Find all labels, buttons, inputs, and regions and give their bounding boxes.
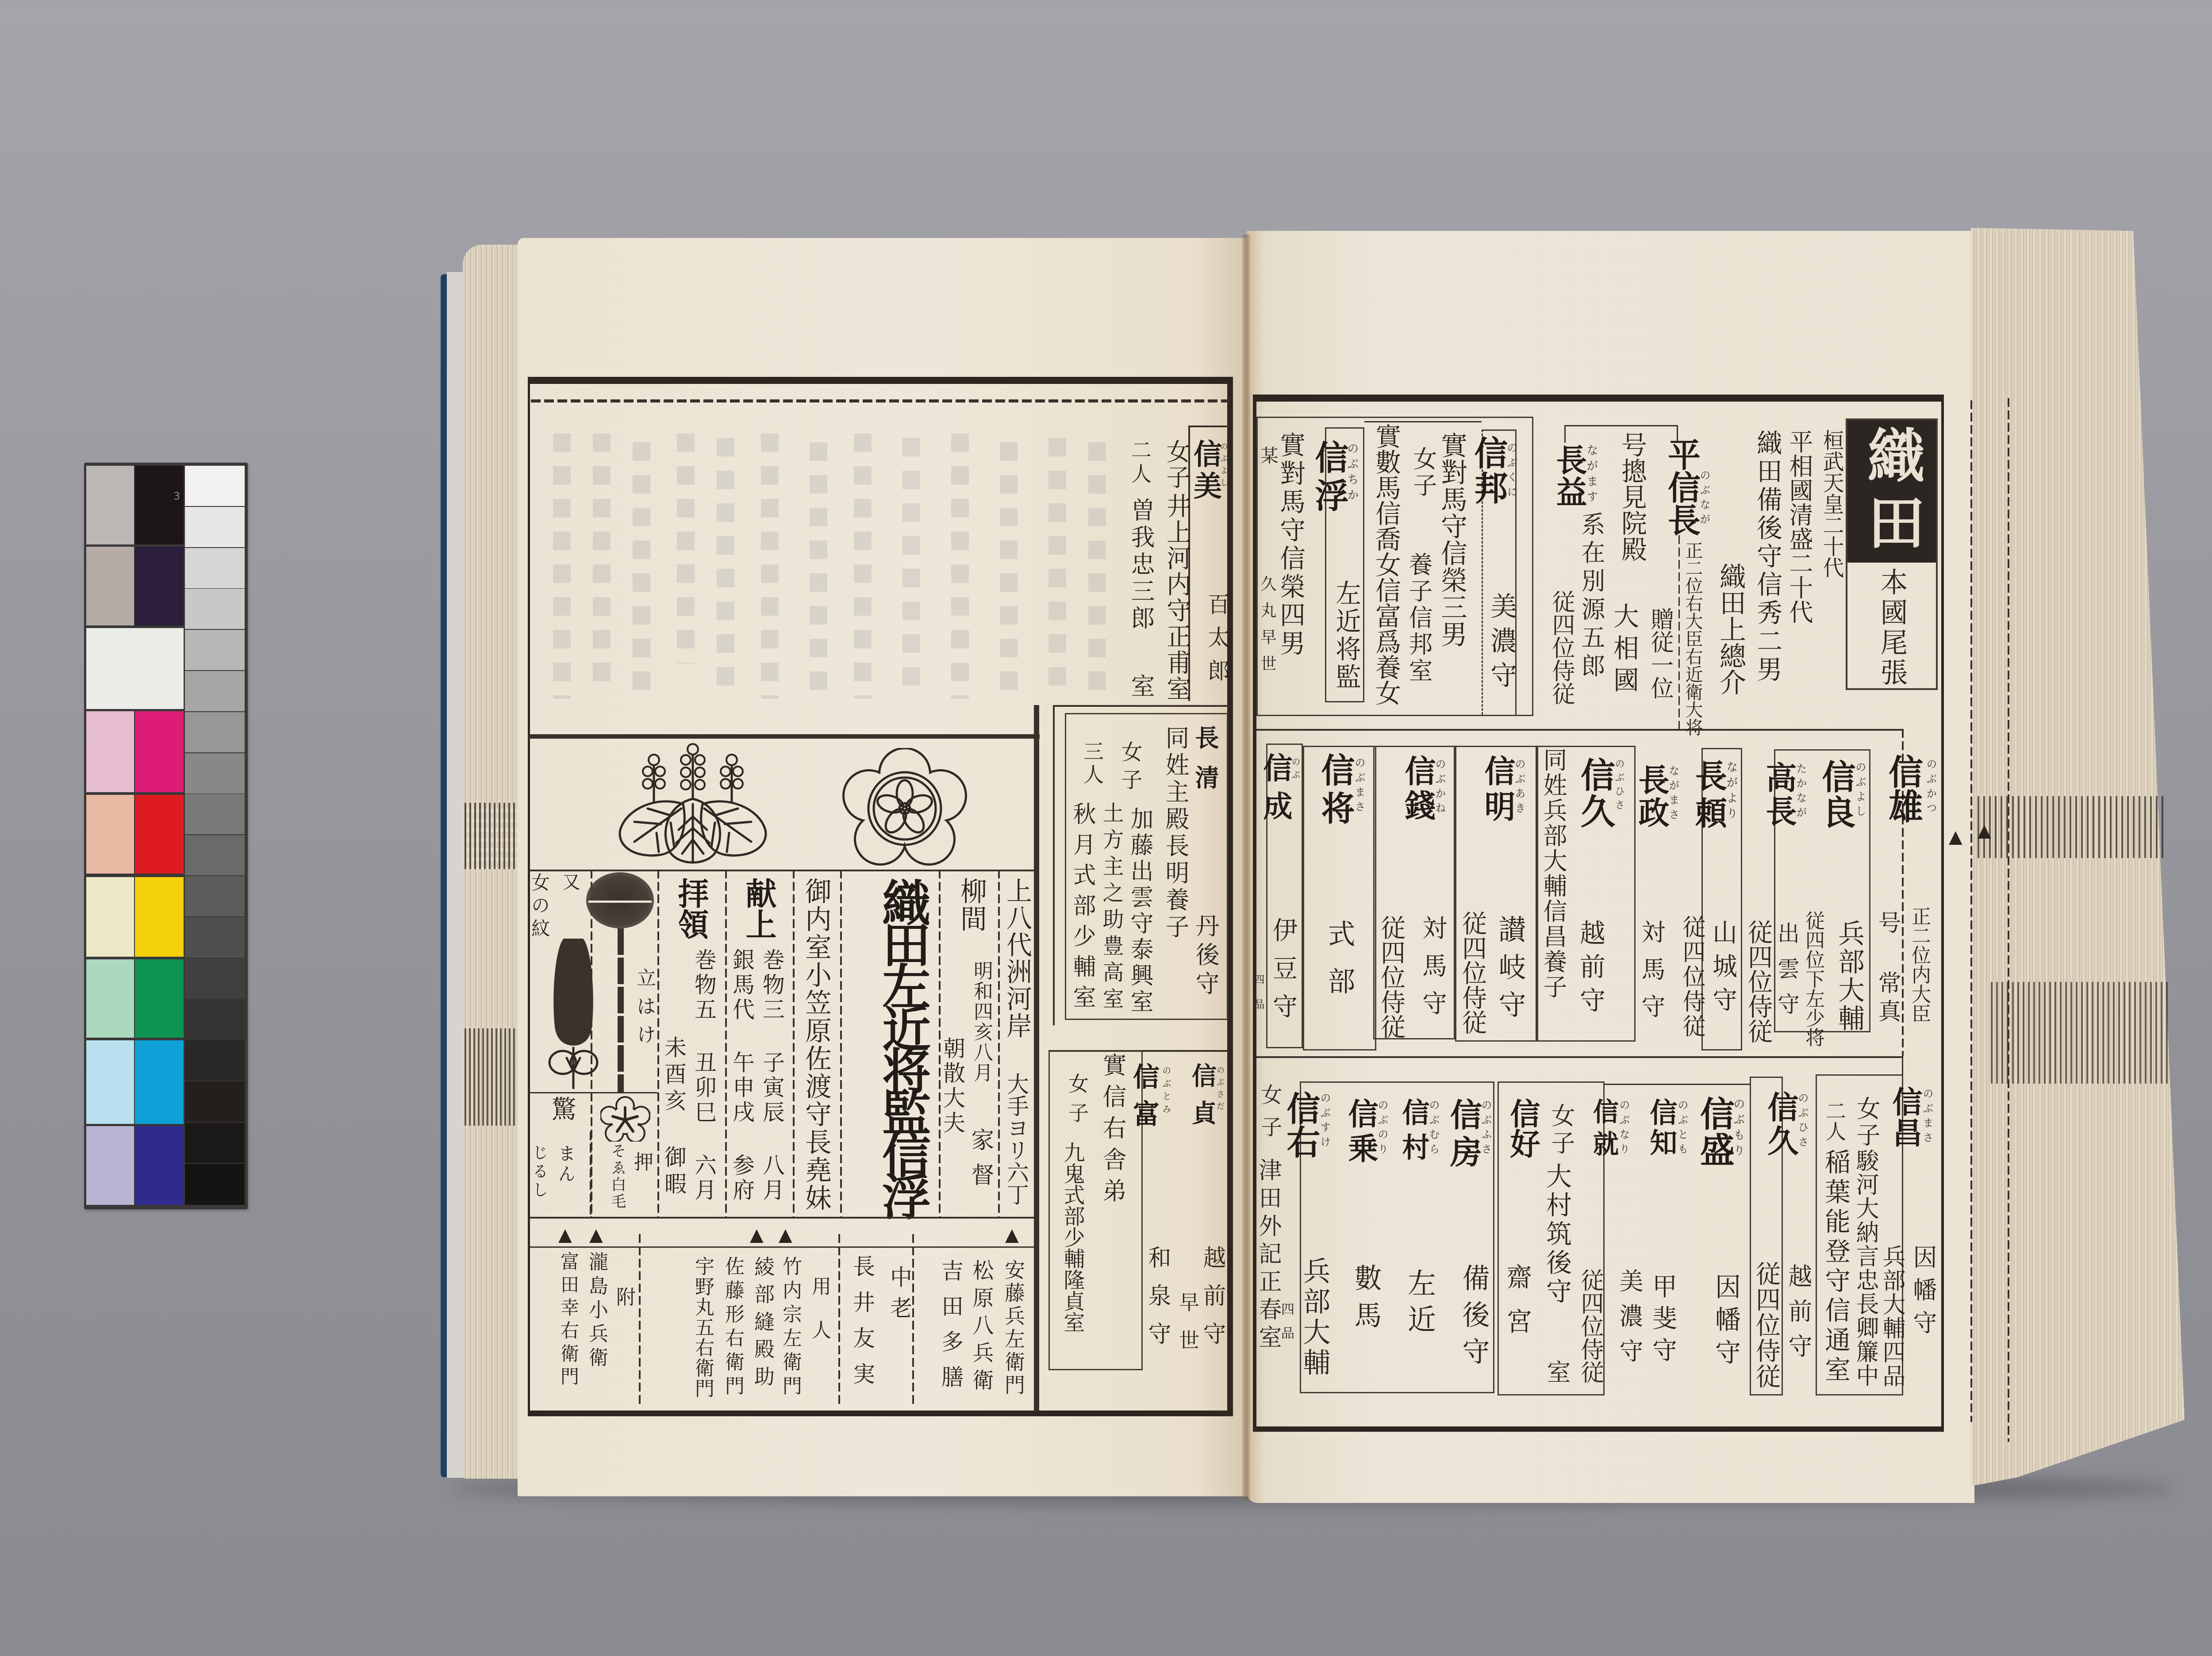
person-name: 信富 (1131, 1063, 1157, 1137)
alt-crest-label: 又 (561, 873, 579, 890)
daughters-label: 女子 (1855, 1096, 1878, 1149)
person-name: 信貞 (1190, 1063, 1215, 1137)
court-rank: 従四位侍従 (1460, 911, 1485, 1035)
name-reading: ながまさ (1668, 765, 1678, 824)
name-reading: ながます (1586, 444, 1597, 506)
endpaper-edge (447, 272, 464, 1478)
name-reading: のぶくに (1506, 442, 1517, 501)
show-through-ink (1048, 438, 1066, 694)
retainer-name: 富田幸右衛門 (559, 1252, 578, 1390)
show-through-ink (677, 433, 695, 663)
person-name: 信久 (1765, 1091, 1796, 1158)
crest-section-right-rule (1034, 705, 1039, 1411)
retainer-marker-icon: ▲ (779, 1226, 792, 1244)
office-title: 式部 (1325, 920, 1353, 1014)
checker-patch (86, 466, 134, 544)
checker-patch (135, 877, 184, 957)
name-reading: のぶよし (1219, 442, 1227, 490)
checker-patch (86, 877, 134, 957)
daimyo-name: 織田左近将監信浮 (878, 878, 927, 1214)
box-line (1188, 425, 1229, 427)
name-reading: たかなが (1795, 763, 1806, 821)
column-rule (590, 1131, 591, 1215)
person-name: 信錢 (1402, 755, 1433, 824)
column-rule (912, 1234, 914, 1404)
checker-patch (135, 466, 184, 544)
name-reading: のぶひさ (1797, 1092, 1808, 1151)
retainer-top-rule (529, 1217, 1037, 1219)
checker-patch (135, 959, 184, 1038)
retainer-marker-icon: ▲ (558, 1226, 572, 1244)
show-through-ink (902, 438, 920, 694)
gray-ramp-step (185, 507, 245, 547)
name-reading: のぶまさ (1922, 1088, 1932, 1146)
gray-ramp-step (185, 466, 245, 506)
marriage-note: 秋月式部少輔室 (1071, 802, 1094, 1016)
show-through-ink (810, 442, 827, 690)
granted-item: 巻物五 丑卯巳 六月 (693, 948, 715, 1203)
daughter-label: 女子 (1549, 1103, 1573, 1158)
alt-crest-caption: 女の紋 (530, 873, 549, 942)
person-name: 信久 (1578, 757, 1612, 830)
person-name: 信就 (1591, 1098, 1617, 1163)
checker-handwritten-mark: 3 (173, 490, 180, 502)
column-rule (657, 870, 659, 1217)
person-name: 信美 (1191, 439, 1219, 503)
office-title: 美濃守 (1488, 592, 1515, 696)
person-name: 高長 (1763, 762, 1794, 829)
checker-patch-white (86, 628, 184, 709)
granted-label: 拝領 (676, 878, 707, 939)
retainer-name: 竹内宗左衛門 (780, 1256, 800, 1399)
show-through-ink (761, 433, 779, 699)
wife-note: 御内室小笠原佐渡守長堯妹 (803, 878, 829, 1212)
checker-patch (86, 547, 134, 625)
death-note: 久丸早世 (1259, 575, 1275, 682)
name-reading: ながより (1725, 761, 1737, 823)
gray-ramp-step (185, 917, 245, 958)
checker-patch (135, 1126, 184, 1205)
office-title: 対馬守 (1640, 920, 1663, 1031)
next-leaf-marker-icon: ▲ (1978, 822, 1991, 839)
death-note: 早世 (1178, 1292, 1198, 1368)
office-title: 備後守 (1460, 1264, 1487, 1374)
regalia-rule (529, 1092, 657, 1093)
office-title: 左近将監 (1333, 580, 1359, 691)
daughters-count: 二人 (1130, 439, 1150, 487)
bottom-row-rule (1256, 1056, 1902, 1058)
lineage-note: 系在別源五郎 (1579, 512, 1603, 682)
retainer-name: 瀧島小兵衛 (587, 1252, 606, 1371)
bracket-line (1564, 425, 1678, 426)
gray-ramp-step (185, 1081, 245, 1122)
office-title: 山城守 (1710, 920, 1735, 1020)
court-rank: 従四位侍従 (1550, 590, 1573, 705)
gray-ramp-step (185, 1123, 245, 1163)
name-reading: のぶなり (1618, 1100, 1629, 1158)
retainer-marker-icon: ▲ (1005, 1226, 1019, 1244)
retainer-name: 佐藤形右衛門 (723, 1256, 742, 1399)
daughters-count: 三人 (1082, 741, 1102, 787)
court-rank: 従四位侍従 (1379, 915, 1403, 1039)
succession-date: 明和四亥八月 (972, 961, 991, 1083)
marriage-note: 加藤出雲守泰興室 (1128, 807, 1151, 1016)
daughters-label: 女子 (1119, 741, 1141, 797)
tribute-label: 献上 (743, 878, 774, 939)
name-reading: のぶ (1291, 757, 1300, 783)
person-name: 平信長 (1665, 438, 1698, 536)
marriage-note: 大村筑後守 (1544, 1163, 1570, 1307)
retainer-marker-icon: ▲ (750, 1226, 764, 1244)
left-fore-edge-print-marks (465, 1028, 520, 1126)
daughter-label: 女子 (1411, 446, 1435, 499)
person-name: 長益 (1554, 444, 1585, 508)
office-title: 対馬守 (1420, 915, 1445, 1028)
office-title: 齋宮 (1504, 1264, 1530, 1352)
office-title: 因幡守 (1911, 1245, 1935, 1343)
posthumous-rank: 贈従一位 (1648, 607, 1671, 699)
common-name: 百太郎 (1206, 593, 1228, 692)
daughters-label: 女子 (1067, 1073, 1087, 1131)
court-rank: 従四位侍従 (1746, 920, 1770, 1043)
castle-room: 柳間 (958, 878, 985, 932)
marriage-note: 駿河大納言忠長卿簾中 (1854, 1149, 1877, 1388)
gray-ramp-step (185, 712, 245, 752)
gray-ramp-step (185, 999, 245, 1039)
person-name: 長清 (1194, 725, 1217, 805)
descent-line (1678, 535, 1680, 729)
buddhist-name: 号 常真 (1876, 911, 1899, 1027)
left-frame-inner-rule (531, 399, 1230, 402)
office-title: 美濃守 (1617, 1269, 1641, 1373)
marriage-note: 土方主之助豊高室 (1101, 802, 1122, 1014)
office-title: 甲斐守 (1650, 1273, 1675, 1369)
person-name: 信乗 (1346, 1098, 1376, 1167)
court-rank: 兵部大輔四品 (1880, 1245, 1903, 1388)
crest-row-rule (529, 870, 1037, 871)
checker-patch (86, 795, 134, 874)
show-through-ink (553, 433, 571, 699)
adoption-note: 實數馬信喬女信富爲養女 (1373, 423, 1399, 705)
retainer-name: 綾部縫殿助 (753, 1256, 773, 1393)
retainer-name: 吉田多膳 (940, 1259, 962, 1401)
column-rule (725, 870, 727, 1217)
daughter-label: 女子 (1259, 1084, 1280, 1148)
office-title: 兵部大輔 (1301, 1257, 1328, 1379)
person-name: 信盛 (1697, 1096, 1732, 1168)
distance-from-gate: 大手ヨリ六丁 (1005, 1073, 1027, 1205)
spear-head-band (588, 901, 652, 903)
show-through-ink (951, 433, 969, 699)
succession-label: 家督 (969, 1128, 992, 1198)
person-name: 信知 (1647, 1098, 1675, 1158)
box-line (1364, 421, 1482, 422)
name-reading: のぶかつ (1925, 759, 1936, 817)
seal-label: 押 (632, 1152, 651, 1171)
office-title: 正二位内大臣 (1909, 906, 1929, 1023)
gray-ramp-step (185, 835, 245, 875)
checker-patch (135, 1040, 184, 1124)
name-reading: のぶとも (1677, 1100, 1687, 1158)
temple-name: 号摠見院殿 (1619, 432, 1645, 562)
box-line (1053, 705, 1055, 1025)
checker-patch (86, 1126, 134, 1205)
court-rank: 正二位右大臣右近衛大将 (1684, 541, 1701, 736)
granted-item: 未酉亥 御暇 (663, 1036, 685, 1199)
origin-note: 實信右舎弟 (1101, 1053, 1125, 1210)
court-rank: 四品 (1279, 1302, 1293, 1350)
show-through-ink (1088, 442, 1106, 690)
gray-ramp-step (185, 1040, 245, 1081)
person-name: 信昌 (1890, 1086, 1920, 1148)
spear-shaft-icon (618, 928, 624, 1092)
court-rank: 朝散大夫 (941, 1037, 964, 1136)
person-name: 信良 (1819, 759, 1853, 830)
lineage-line: 織田備後守信秀二男 (1755, 429, 1780, 684)
left-fore-edge-print-marks (465, 803, 520, 869)
checker-patch (86, 1040, 134, 1124)
next-leaf-frame-line (2008, 398, 2009, 1442)
office-title: 丹後守 (1194, 913, 1217, 1000)
gray-ramp-step (185, 1164, 245, 1205)
marriage-note: 稲葉能登守信通室 (1823, 1149, 1848, 1386)
gray-ramp-step (185, 630, 245, 670)
spear-caption: 立はけ (634, 968, 654, 1053)
person-name: 信右 (1284, 1091, 1317, 1158)
checker-patch (135, 711, 184, 792)
checker-patch (86, 959, 134, 1038)
person-name: 信好 (1508, 1098, 1538, 1158)
marriage-note: 九鬼式部少輔隆貞室 (1062, 1142, 1083, 1333)
gray-ramp-step (185, 753, 245, 793)
retainer-group-title: 附 (614, 1287, 634, 1306)
retainer-name: 宇野丸五右衛門 (693, 1256, 712, 1399)
marriage-suffix: 室 (1545, 1360, 1569, 1384)
name-reading: のぶかね (1434, 759, 1445, 817)
lineage-line: 平相國清盛二十代 (1787, 429, 1811, 624)
person-name: 信村 (1400, 1098, 1427, 1167)
name-reading: のぶまさ (1354, 757, 1364, 816)
origin-note: 實對馬守信榮三男 (1439, 432, 1465, 648)
checker-patch (135, 795, 184, 874)
gray-ramp-step (185, 589, 245, 629)
show-through-ink (633, 442, 650, 699)
flower-crest-icon (600, 1096, 650, 1142)
name-reading: のぶちか (1346, 442, 1358, 504)
retainer-group-title: 用人 (810, 1276, 829, 1364)
right-fore-edge-print-marks (1978, 796, 2163, 858)
person-name: 信邦 (1471, 436, 1505, 506)
home-province: 本國尾張 (1878, 568, 1905, 688)
gutter-fold (1242, 234, 1250, 1499)
middle-row-rule (1256, 729, 1902, 731)
banner-caption: まん (557, 1144, 574, 1185)
daughters-count: 二人 (1824, 1100, 1845, 1141)
marriage-note: 井上河内守正甫室 (1164, 493, 1189, 702)
person-name: 信明 (1482, 755, 1513, 826)
name-reading: のぶひさ (1614, 759, 1624, 813)
column-rule (998, 870, 1000, 1217)
checker-patch (86, 711, 134, 792)
office-title: 左近 (1405, 1269, 1433, 1340)
name-reading: のぶよし (1855, 762, 1865, 820)
column-rule (793, 870, 795, 1217)
show-through-ink (854, 433, 872, 699)
retainer-marker-icon: ▲ (589, 1226, 603, 1244)
daughters-label: 女子 (1164, 439, 1188, 491)
marriage-note: 津田外記正春室 (1256, 1158, 1279, 1353)
oda-mokko-crest-icon (837, 748, 972, 869)
bracket-line (1564, 425, 1566, 443)
show-through-ink (717, 438, 734, 699)
name-reading: のぶふさ (1480, 1100, 1491, 1158)
box-line (1605, 1084, 1681, 1085)
retainer-group-title: 中老 (888, 1265, 910, 1327)
office-title: 伊豆守 (1271, 917, 1295, 1031)
office-title: 讃岐守 (1496, 915, 1524, 1028)
retainer-name-rule (529, 1246, 1037, 1248)
retainer-name: 安藤兵左衛門 (1003, 1259, 1024, 1397)
crest-section-top-rule (529, 734, 1040, 739)
office-title: 數馬 (1352, 1264, 1379, 1338)
court-rank: 従四位下左少将 (1803, 911, 1823, 1047)
adoption-note: 同姓兵部大輔信昌養子 (1541, 747, 1565, 1000)
person-name: 信雄 (1886, 754, 1920, 823)
gray-ramp-step (185, 671, 245, 711)
marriage-note: 曽我忠三郎 (1129, 498, 1153, 632)
adoption-note: 同姓主殿長明養子 (1164, 725, 1187, 941)
residence: 上八代洲河岸 (1004, 878, 1030, 1039)
name-reading: のぶもり (1732, 1098, 1744, 1160)
lineage-line: 桓武天皇二十代 (1821, 429, 1842, 578)
name-reading: のぶとみ (1162, 1066, 1171, 1117)
retainer-name: 松原八兵衛 (971, 1259, 992, 1396)
tribute-item: 銀馬代 午申戌 参府 (731, 948, 753, 1203)
name-reading: のぶなが (1699, 470, 1709, 528)
name-reading: のぶさだ (1216, 1066, 1224, 1114)
name-reading: のぶむら (1428, 1100, 1439, 1158)
checker-patch (135, 547, 184, 625)
court-rank: 四品 (1253, 974, 1263, 1023)
retainer-name: 長井友実 (851, 1255, 873, 1398)
show-through-ink (593, 433, 611, 681)
daughter-note: 養子信邦室 (1407, 552, 1431, 685)
name-reading: のぶあき (1514, 759, 1525, 817)
office-title: 出雲守 (1776, 922, 1798, 1028)
column-rule (639, 1234, 641, 1404)
person-name: 信成 (1261, 753, 1290, 829)
box-line (1681, 1084, 1750, 1085)
office-title: 越前守 (1786, 1264, 1810, 1368)
name-reading: のぶすけ (1319, 1092, 1330, 1151)
standard-banner-icon (547, 939, 600, 1091)
person-name: 長頼 (1693, 759, 1724, 834)
office-title: 因幡守 (1713, 1273, 1739, 1372)
marriage-suffix: 室 (1129, 674, 1153, 698)
gray-ramp-step (185, 548, 245, 588)
person-name: 長政 (1636, 764, 1667, 829)
court-rank: 従四位侍従 (1578, 1269, 1601, 1384)
gray-ramp-step (185, 958, 245, 999)
column-rule (838, 1234, 840, 1404)
seal-caption: そゑ白毛 (610, 1143, 625, 1210)
person-name: 信浮 (1312, 440, 1346, 516)
banner-caption: じるし (531, 1144, 547, 1200)
lineage-line: 織田上總介 (1717, 563, 1744, 695)
unnamed-label: 某 (1259, 446, 1277, 464)
origin-note: 實對馬守信榮四男 (1278, 432, 1303, 658)
show-through-ink (1000, 442, 1018, 690)
right-fore-edge-print-marks (1991, 982, 2170, 1084)
next-leaf-marker-icon: ▲ (1949, 828, 1962, 846)
honorific-title: 大相國 (1611, 603, 1637, 698)
person-name: 信房 (1448, 1098, 1479, 1173)
office-title: 和泉守 (1146, 1246, 1169, 1360)
next-leaf-frame-line (1970, 400, 1972, 1422)
office-title: 越前守 (1201, 1246, 1224, 1360)
paulownia-crest-icon (617, 742, 769, 866)
tribute-item: 巻物三 子寅辰 八月 (761, 948, 783, 1203)
banner-caption: 驚 (549, 1096, 574, 1121)
office-title: 越前守 (1578, 920, 1603, 1020)
person-name: 信将 (1318, 753, 1352, 829)
gray-ramp-step (185, 794, 245, 834)
column-rule (840, 870, 842, 1217)
section-divider (1053, 705, 1232, 707)
court-rank: 従四位侍従 (1680, 915, 1703, 1039)
name-reading: のぶのり (1377, 1100, 1387, 1158)
office-title: 兵部大輔 (1836, 920, 1863, 1033)
court-rank: 従四位侍従 (1754, 1261, 1778, 1389)
gray-ramp-step (185, 876, 245, 916)
